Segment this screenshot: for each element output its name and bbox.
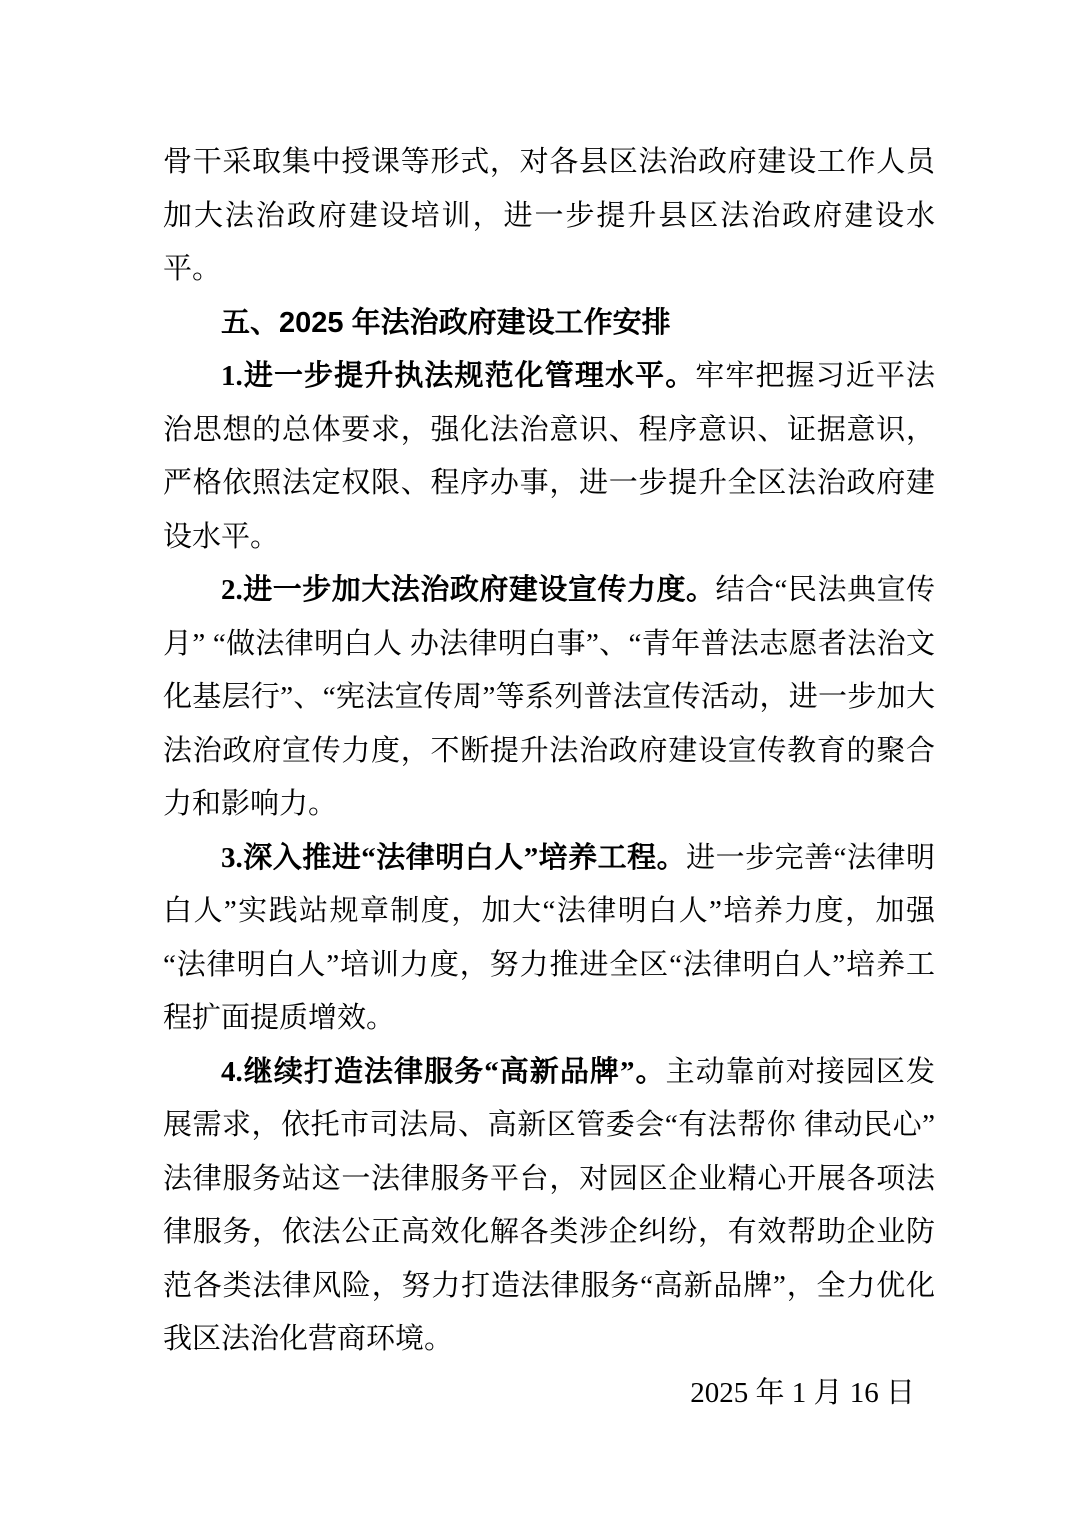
paragraph-3-lead: 3.深入推进“法律明白人”培养工程。 xyxy=(221,842,686,874)
numbered-paragraph-2: 2.进一步加大法治政府建设宣传力度。结合“民法典宣传月” “做法律明白人 办法律… xyxy=(163,564,935,832)
paragraph-1-lead: 1.进一步提升执法规范化管理水平。 xyxy=(221,360,695,392)
document-page: 骨干采取集中授课等形式，对各县区法治政府建设工作人员加大法治政府建设培训，进一步… xyxy=(0,0,1074,1520)
continuation-paragraph: 骨干采取集中授课等形式，对各县区法治政府建设工作人员加大法治政府建设培训，进一步… xyxy=(163,136,935,297)
numbered-paragraph-4: 4.继续打造法律服务“高新品牌”。主动靠前对接园区发展需求，依托市司法局、高新区… xyxy=(163,1046,935,1367)
date-line: 2025 年 1 月 16 日 xyxy=(163,1367,935,1421)
paragraph-2-lead: 2.进一步加大法治政府建设宣传力度。 xyxy=(221,574,716,606)
paragraph-2-body: 结合“民法典宣传月” “做法律明白人 办法律明白事”、“青年普法志愿者法治文化基… xyxy=(163,574,935,820)
section-heading: 五、2025 年法治政府建设工作安排 xyxy=(163,297,935,351)
paragraph-4-body: 主动靠前对接园区发展需求，依托市司法局、高新区管委会“有法帮你 律动民心”法律服… xyxy=(163,1056,935,1356)
numbered-paragraph-3: 3.深入推进“法律明白人”培养工程。进一步完善“法律明白人”实践站规章制度，加大… xyxy=(163,832,935,1046)
paragraph-4-lead: 4.继续打造法律服务“高新品牌”。 xyxy=(221,1056,666,1088)
document-content: 骨干采取集中授课等形式，对各县区法治政府建设工作人员加大法治政府建设培训，进一步… xyxy=(0,0,1074,1420)
numbered-paragraph-1: 1.进一步提升执法规范化管理水平。牢牢把握习近平法治思想的总体要求，强化法治意识… xyxy=(163,350,935,564)
